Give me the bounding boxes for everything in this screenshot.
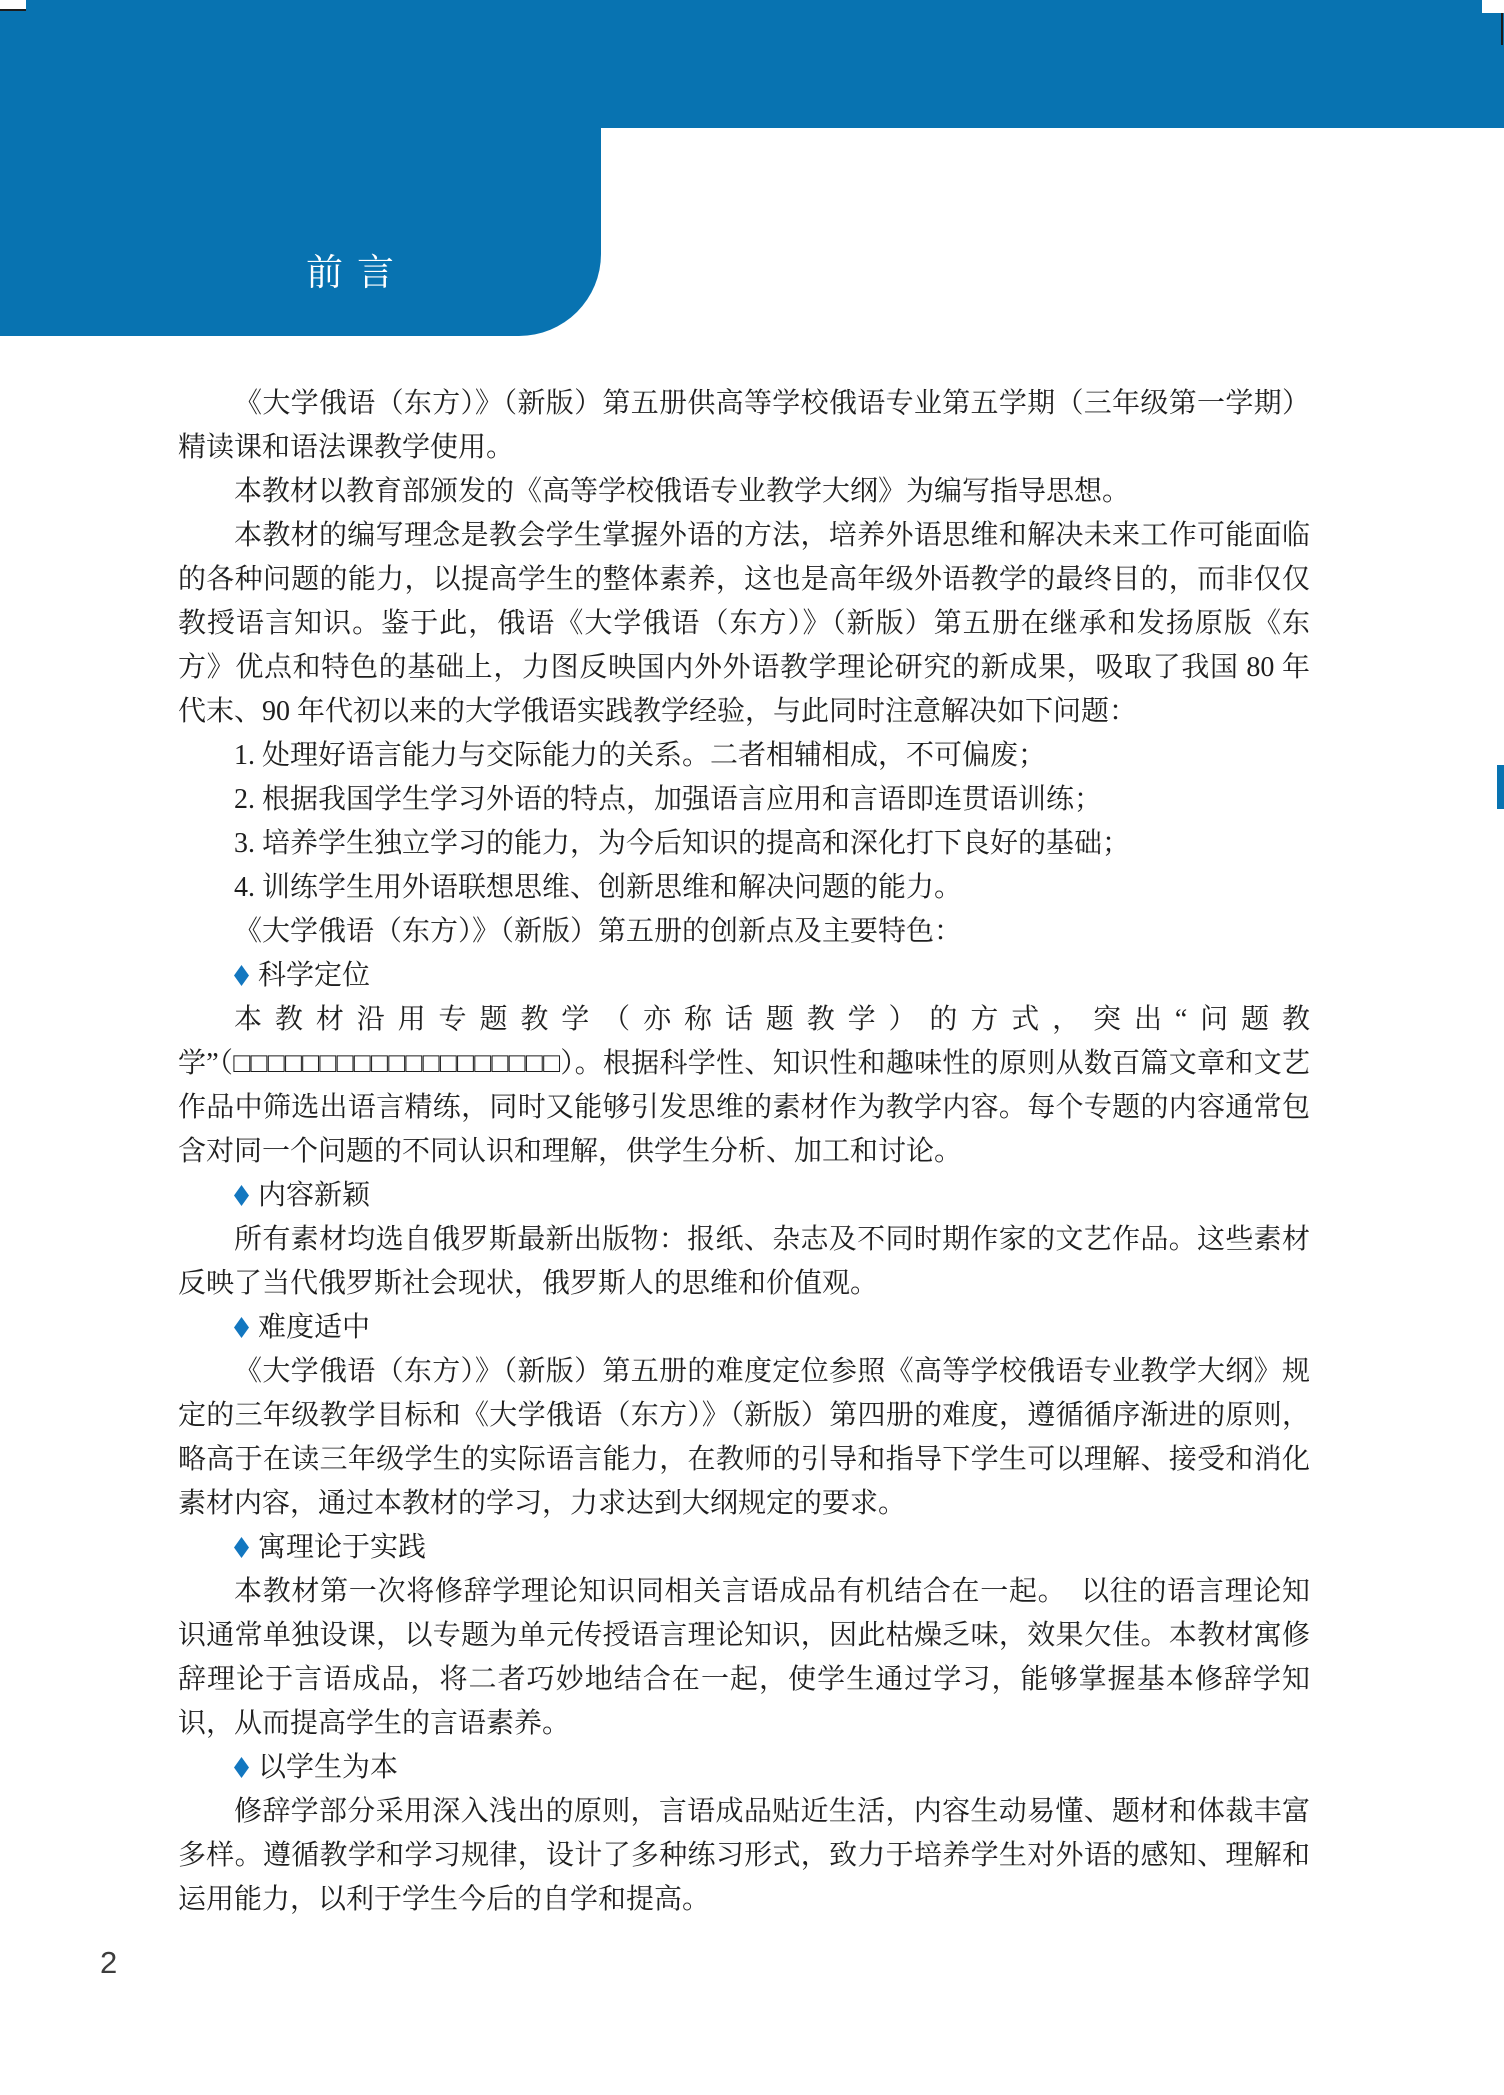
section-paragraph-2: 所有素材均选自俄罗斯最新出版物：报纸、杂志及不同时期作家的文艺作品。这些素材反映… xyxy=(178,1218,1310,1306)
section-paragraph-4: 本教材第一次将修辞学理论知识同相关言语成品有机结合在一起。 以往的语言理论知识通… xyxy=(178,1570,1310,1746)
page-title: 前言 xyxy=(306,254,408,294)
preface-body: 《大学俄语（东方）》（新版）第五册供高等学校俄语专业第五学期（三年级第一学期）精… xyxy=(178,382,1310,1922)
diamond-bullet-icon xyxy=(234,1185,249,1206)
section-heading-3: 难度适中 xyxy=(178,1306,1310,1350)
diamond-bullet-icon xyxy=(234,965,249,986)
section-heading-label: 内容新颖 xyxy=(258,1180,370,1211)
section-paragraph-5: 修辞学部分采用深入浅出的原则，言语成品贴近生活，内容生动易懂、题材和体裁丰富多样… xyxy=(178,1790,1310,1922)
paragraph-guideline: 本教材以教育部颁发的《高等学校俄语专业教学大纲》为编写指导思想。 xyxy=(178,470,1310,514)
numbered-item-3: 3. 培养学生独立学习的能力，为今后知识的提高和深化打下良好的基础； xyxy=(178,822,1310,866)
section-heading-2: 内容新颖 xyxy=(178,1174,1310,1218)
section-heading-4: 寓理论于实践 xyxy=(178,1526,1310,1570)
numbered-item-2: 2. 根据我国学生学习外语的特点，加强语言应用和言语即连贯语训练； xyxy=(178,778,1310,822)
diamond-bullet-icon xyxy=(234,1537,249,1558)
diamond-bullet-icon xyxy=(234,1317,249,1338)
scan-mark-top-right xyxy=(1501,13,1503,45)
paragraph-usage: 《大学俄语（东方）》（新版）第五册供高等学校俄语专业第五学期（三年级第一学期）精… xyxy=(178,382,1310,470)
section-heading-label: 以学生为本 xyxy=(258,1752,398,1783)
paragraph-features-lead: 《大学俄语（东方）》（新版）第五册的创新点及主要特色： xyxy=(178,910,1310,954)
section-heading-label: 寓理论于实践 xyxy=(258,1532,426,1563)
header-block xyxy=(0,0,601,336)
diamond-bullet-icon xyxy=(234,1757,249,1778)
numbered-item-4: 4. 训练学生用外语联想思维、创新思维和解决问题的能力。 xyxy=(178,866,1310,910)
scan-notch-top-left xyxy=(0,0,26,11)
page-number: 2 xyxy=(100,1946,117,1980)
section-heading-1: 科学定位 xyxy=(178,954,1310,998)
section-heading-5: 以学生为本 xyxy=(178,1746,1310,1790)
section-heading-label: 难度适中 xyxy=(258,1312,370,1343)
section-paragraph-3: 《大学俄语（东方）》（新版）第五册的难度定位参照《高等学校俄语专业教学大纲》规定… xyxy=(178,1350,1310,1526)
numbered-item-1: 1. 处理好语言能力与交际能力的关系。二者相辅相成，不可偏废； xyxy=(178,734,1310,778)
section-paragraph-1: 本教材沿用专题教学（亦称话题教学）的方式，突出“问题教学”（□□□□□□□□□□… xyxy=(178,998,1310,1174)
section-heading-label: 科学定位 xyxy=(258,960,370,991)
right-edge-blue-strip xyxy=(1497,765,1504,809)
paragraph-concept: 本教材的编写理念是教会学生掌握外语的方法，培养外语思维和解决未来工作可能面临的各… xyxy=(178,514,1310,734)
scan-notch-top-right xyxy=(1482,0,1504,13)
